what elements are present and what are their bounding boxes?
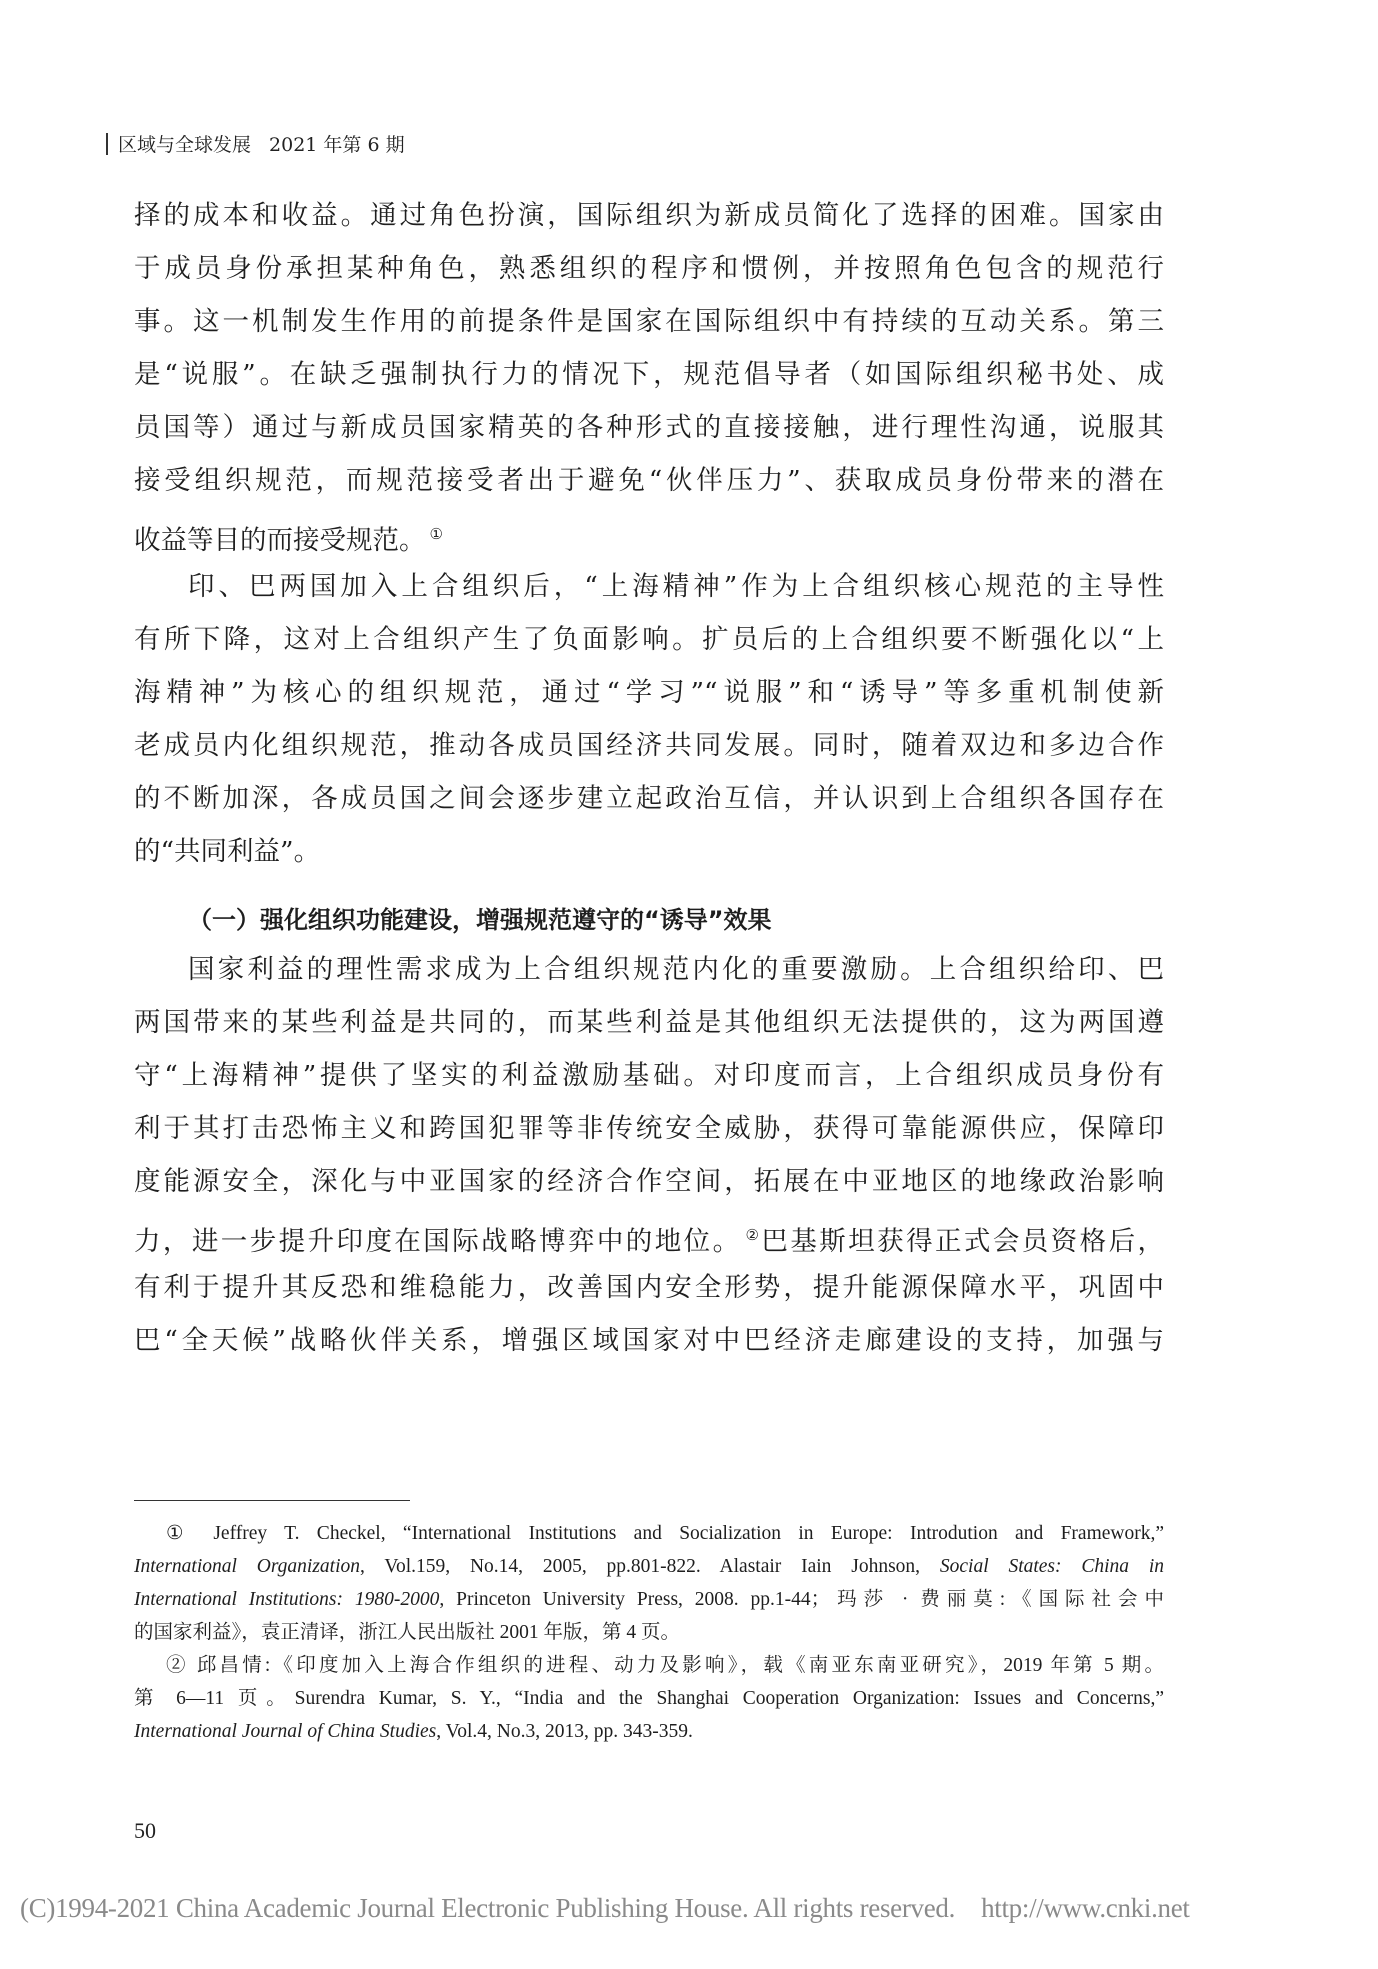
footnote-mark: ① (166, 1523, 196, 1544)
running-header: 区域与全球发展2021 年第 6 期 (106, 131, 405, 159)
body-line: 是“说服”。在缺乏强制执行力的情况下，规范倡导者（如国际组织秘书处、成 (134, 355, 1164, 395)
copyright-notice: (C)1994-2021 China Academic Journal Elec… (20, 1893, 1370, 1924)
cnki-link[interactable]: http://www.cnki.net (981, 1893, 1190, 1923)
footnote-2-line: International Journal of China Studies, … (134, 1716, 1164, 1748)
body-text: 收益等目的而接受规范。 (134, 525, 426, 556)
body-line: 利于其打击恐怖主义和跨国犯罪等非传统安全威胁，获得可靠能源供应，保障印 (134, 1109, 1164, 1149)
book-title: Social States: China in (940, 1556, 1164, 1577)
body-line: 收益等目的而接受规范。① (134, 514, 1164, 561)
journal-name: International Journal of China Studies (134, 1721, 436, 1742)
body-text: 巴基斯坦获得正式会员资格后， (761, 1226, 1164, 1257)
footnote-divider (134, 1500, 410, 1501)
body-line: 择的成本和收益。通过角色扮演，国际组织为新成员简化了选择的困难。国家由 (134, 196, 1164, 236)
body-line: 巴“全天候”战略伙伴关系，增强区域国家对中巴经济走廊建设的支持，加强与 (134, 1321, 1164, 1361)
footnote-2-line: ② 邱昌情:《印度加入上海合作组织的进程、动力及影响》，载《南亚东南亚研究》，2… (166, 1650, 1164, 1682)
body-line: 有利于提升其反恐和维稳能力，改善国内安全形势，提升能源保障水平，巩固中 (134, 1268, 1164, 1308)
body-line: 的“共同利益”。 (134, 832, 1164, 872)
body-line: 事。这一机制发生作用的前提条件是国家在国际组织中有持续的互动关系。第三 (134, 302, 1164, 342)
footnote-text: 邱昌情:《印度加入上海合作组织的进程、动力及影响》，载《南亚东南亚研究》，201… (197, 1655, 1164, 1676)
body-line: 接受组织规范，而规范接受者出于避免“伙伴压力”、获取成员身份带来的潜在 (134, 461, 1164, 501)
body-line: 的不断加深，各成员国之间会逐步建立起政治互信，并认识到上合组织各国存在 (134, 779, 1164, 819)
footnote-1-line: ① Jeffrey T. Checkel, “International Ins… (166, 1518, 1164, 1550)
issue-label: 2021 年第 6 期 (269, 134, 405, 156)
footnote-ref-2[interactable]: ② (746, 1226, 762, 1244)
body-line: 印、巴两国加入上合组织后，“上海精神”作为上合组织核心规范的主导性 (188, 567, 1164, 607)
body-line: 力，进一步提升印度在国际战略博弈中的地位。②巴基斯坦获得正式会员资格后， (134, 1215, 1164, 1262)
copyright-text: (C)1994-2021 China Academic Journal Elec… (20, 1893, 955, 1923)
body-line: 度能源安全，深化与中亚国家的经济合作空间，拓展在中亚地区的地缘政治影响 (134, 1162, 1164, 1202)
section-heading: （一）强化组织功能建设，增强规范遵守的“诱导”效果 (188, 900, 772, 940)
footnote-text: , Vol.4, No.3, 2013, pp. 343-359. (436, 1721, 693, 1742)
body-line: 两国带来的某些利益是共同的，而某些利益是其他组织无法提供的，这为两国遵 (134, 1003, 1164, 1043)
body-line: 有所下降，这对上合组织产生了负面影响。扩员后的上合组织要不断强化以“上 (134, 620, 1164, 660)
body-line: 国家利益的理性需求成为上合组织规范内化的重要激励。上合组织给印、巴 (188, 950, 1164, 990)
footnote-text: , Princeton University Press, 2008. pp.1… (439, 1589, 1164, 1610)
header-divider (106, 133, 108, 155)
body-line: 员国等）通过与新成员国家精英的各种形式的直接接触，进行理性沟通，说服其 (134, 408, 1164, 448)
footnote-text: , Vol.159, No.14, 2005, pp.801-822. Alas… (360, 1556, 940, 1577)
journal-title: 区域与全球发展 (118, 134, 251, 156)
body-line: 老成员内化组织规范，推动各成员国经济共同发展。同时，随着双边和多边合作 (134, 726, 1164, 766)
body-line: 于成员身份承担某种角色，熟悉组织的程序和惯例，并按照角色包含的规范行 (134, 249, 1164, 289)
body-text: 力，进一步提升印度在国际战略博弈中的地位。 (134, 1226, 742, 1257)
footnote-1-line: International Institutions: 1980-2000, P… (134, 1584, 1164, 1616)
footnote-text: Jeffrey T. Checkel, “International Insti… (213, 1523, 1164, 1544)
footnote-2-line: 第 6—11 页。Surendra Kumar, S. Y., “India a… (134, 1683, 1164, 1715)
body-line: 守“上海精神”提供了坚实的利益激励基础。对印度而言，上合组织成员身份有 (134, 1056, 1164, 1096)
footnote-mark: ② (166, 1655, 189, 1676)
footnote-ref-1[interactable]: ① (430, 525, 443, 543)
book-title: International Institutions: 1980-2000 (134, 1589, 439, 1610)
journal-name: International Organization (134, 1556, 360, 1577)
body-line: 海精神”为核心的组织规范，通过“学习”“说服”和“诱导”等多重机制使新 (134, 673, 1164, 713)
page-number: 50 (134, 1818, 156, 1844)
footnote-1-line: 的国家利益》，袁正清译，浙江人民出版社 2001 年版，第 4 页。 (134, 1617, 1164, 1649)
footnote-1-line: International Organization, Vol.159, No.… (134, 1551, 1164, 1583)
